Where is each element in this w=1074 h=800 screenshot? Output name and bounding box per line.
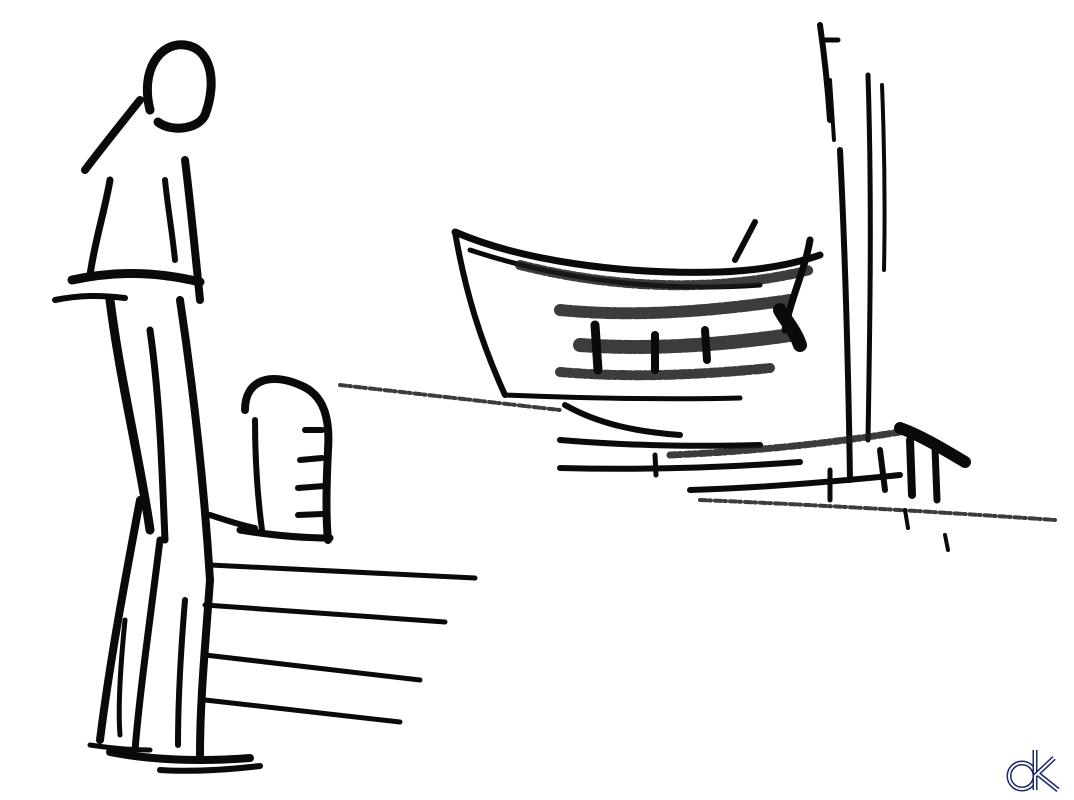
artist-signature: dk [1002, 746, 1066, 794]
jetty [560, 405, 1055, 550]
ink-sketch [0, 0, 1074, 800]
pier-posts [820, 25, 885, 480]
standing-figure [55, 45, 260, 771]
bollard [210, 379, 330, 540]
ground-strokes [205, 385, 560, 722]
boat [455, 222, 820, 399]
